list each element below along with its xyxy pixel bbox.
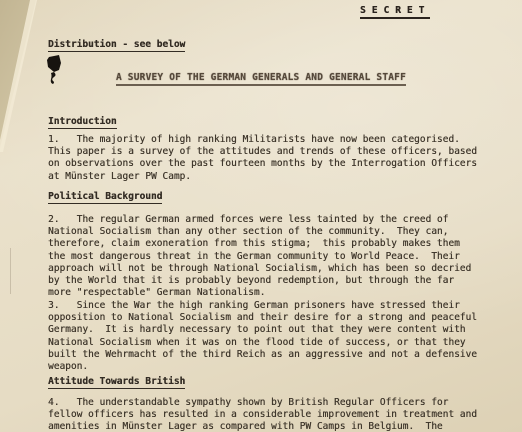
section-heading-political-background: Political Background xyxy=(48,191,162,204)
scanned-document-page: SECRET Distribution - see below A SURVEY… xyxy=(0,0,522,432)
section-heading-attitude-towards-british: Attitude Towards British xyxy=(48,376,185,389)
document-title-text: A SURVEY OF THE GERMAN GENERALS AND GENE… xyxy=(116,72,406,86)
classification-stamp: SECRET xyxy=(360,5,430,19)
paper-crease xyxy=(10,248,11,294)
distribution-line: Distribution - see below xyxy=(48,39,185,52)
paragraph-1: 1. The majority of high ranking Militari… xyxy=(48,134,514,183)
paragraph-4: 4. The understandable sympathy shown by … xyxy=(48,397,514,432)
document-title: A SURVEY OF THE GERMAN GENERALS AND GENE… xyxy=(0,72,522,86)
paragraph-3: 3. Since the War the high ranking German… xyxy=(48,300,514,373)
paragraph-2: 2. The regular German armed forces were … xyxy=(48,214,514,299)
section-heading-introduction: Introduction xyxy=(48,116,117,129)
